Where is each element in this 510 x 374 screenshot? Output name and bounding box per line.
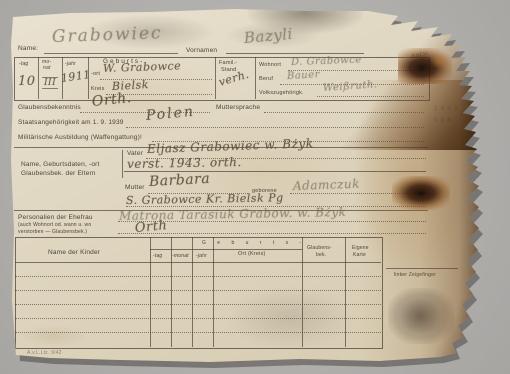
rule — [290, 193, 426, 194]
eltern-label-2: Glaubensbek. der Eltern — [21, 170, 96, 177]
geborene-handwriting: Adamczuk — [293, 177, 360, 193]
kinder-header: Name der Kinder — [48, 249, 100, 256]
birth-month-handwriting: III — [42, 77, 58, 89]
table-row-line — [15, 318, 381, 319]
birth-day-handwriting: 10 — [18, 74, 36, 89]
ehefrau-label-1: Personalien der Ehefrau — [18, 214, 93, 221]
glaubens-header-2: bek. — [316, 252, 326, 258]
burn-hole — [429, 54, 449, 68]
print-code: A.v.L.Ltz. 9/42 — [27, 350, 62, 356]
column-divider — [192, 237, 193, 347]
stamp-mark-1: 1943 — [434, 105, 460, 112]
militaer-label: Militärische Ausbildung (Waffengattung)! — [18, 134, 142, 141]
beruf-handwriting: Bauer — [287, 69, 320, 82]
fingerprint-smudge — [400, 298, 440, 334]
surname-handwriting: Grabowiec — [52, 23, 163, 47]
glaubensbek-label: Glaubensbekenntnis — [18, 104, 81, 111]
ort-kreis-header: Ort (Kreis) — [238, 251, 266, 257]
rule — [118, 233, 426, 234]
famstand-label-1: Famil.- — [219, 60, 237, 66]
stamp-mark-2: 5X0 — [434, 117, 454, 124]
column-divider — [38, 57, 39, 99]
table-row-line — [15, 304, 381, 305]
birthplace-handwriting: W. Grabowce — [103, 59, 182, 75]
ort-label: -ort — [91, 71, 100, 77]
table-row-line — [15, 276, 381, 277]
rule — [124, 171, 426, 172]
photo-background: Name: Grabowiec Vornamen Bazyli Antw. -t… — [0, 0, 510, 374]
eltern-ort-handwriting: S. Grabowce Kr. Bielsk Pg — [126, 191, 284, 207]
eigene-header-1: Eigene — [352, 245, 369, 251]
monat-label-2: nat — [43, 65, 51, 71]
column-divider — [150, 237, 151, 347]
tag-label: -tag — [19, 61, 28, 67]
glaubens-header-1: Glaubens- — [307, 245, 332, 251]
kreis-label: Kreis — [91, 86, 105, 92]
column-divider — [215, 57, 216, 99]
eltern-label-1: Name, Geburtsdaten, -ort — [21, 161, 100, 168]
eigene-header-2: Karte — [353, 252, 366, 258]
column-divider — [345, 237, 346, 347]
mutter-label: Mutter — [125, 184, 145, 191]
volkszugeh-label: Volkszugehörigk. — [259, 90, 304, 96]
mutter-handwriting: Barbara — [149, 171, 211, 190]
ehefrau-label-2: (auch Wohnort od. wann u. wo — [18, 222, 91, 228]
beruf-label: Beruf — [259, 76, 273, 82]
rule — [264, 112, 424, 113]
ehefrau-label-3: verstorben — Glaubensbek.) — [18, 229, 87, 235]
table-row-line — [15, 332, 381, 333]
k-tag-header: -tag — [153, 253, 162, 259]
jahr-label: -jahr — [65, 61, 76, 67]
geburts-header: G e b u r t s - — [202, 240, 306, 246]
vornamen-label: Vornamen — [186, 47, 217, 54]
column-divider — [255, 57, 256, 99]
rule — [386, 268, 458, 269]
wohnort-label: Wohnort — [259, 62, 281, 68]
column-divider — [213, 237, 214, 347]
bracket-line — [122, 150, 123, 178]
header-divider — [15, 262, 381, 263]
rule — [317, 96, 424, 97]
muttersprache-label: Muttersprache — [216, 104, 260, 111]
rule — [126, 127, 424, 128]
staatsang-label: Staatsangehörigkeit am 1. 9. 1939 — [18, 119, 124, 126]
registration-card: Name: Grabowiec Vornamen Bazyli Antw. -t… — [0, 0, 510, 374]
fingerprint-label: linker Zeigefinger — [394, 272, 436, 278]
column-divider — [302, 237, 303, 347]
rule — [226, 53, 364, 54]
table-row-line — [15, 290, 381, 291]
name-label: Name: — [18, 45, 38, 52]
k-monat-header: -monat — [172, 253, 189, 259]
header-divider — [150, 249, 302, 250]
vater-handwriting-2: verst. 1943. orth. — [127, 155, 242, 171]
k-jahr-header: -jahr — [196, 253, 207, 259]
rule — [44, 53, 178, 54]
